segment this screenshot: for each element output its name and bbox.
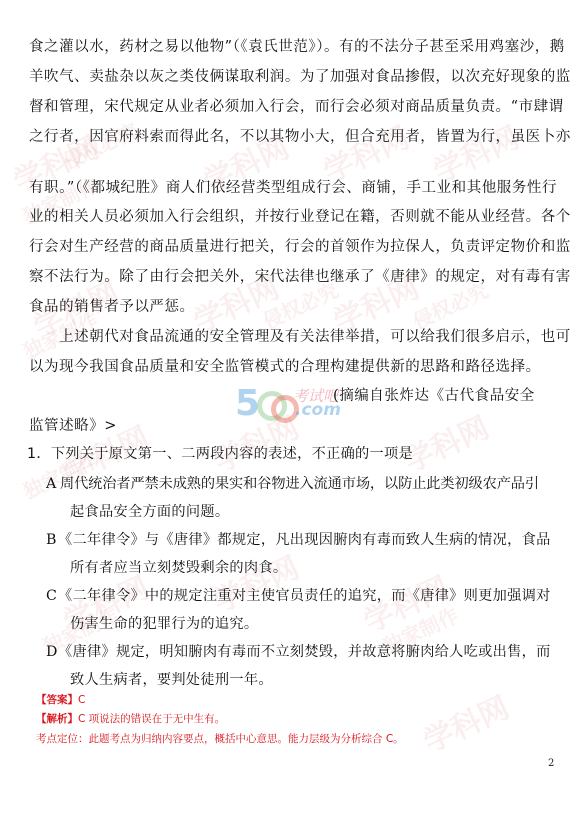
- option-text: 《二年律令》中的规定注重对主使官员责任的追究，而《唐律》则更加强调对: [58, 586, 551, 606]
- site-logo-watermark: 5 考试吧 .com: [235, 383, 345, 428]
- answer-line: 【答案】C: [36, 693, 85, 707]
- option-text: 《唐律》规定，明知腑肉有毒而不立刻焚毁，并故意将腑肉给人吃或出售，而: [58, 642, 551, 662]
- option-label: A: [46, 474, 57, 494]
- passage-line: 以为现今我国食品质量和安全监管模式的合理构建提供新的思路和路径选择。: [29, 357, 541, 377]
- option-label: C: [46, 586, 57, 606]
- answer-value: C: [78, 694, 85, 706]
- watermark-brand: 学科网: [205, 543, 305, 621]
- answer-tag: 【答案】: [36, 694, 78, 706]
- option-text: 《二年律令》与《唐律》都规定，凡出现因腑肉有毒而致人生病的情况，食品: [58, 530, 551, 550]
- passage-line: 行会对生产经营的商品质量进行把关，行会的首领作为拉保人，负责评定物价和监: [29, 237, 571, 257]
- site-logo-number: 5: [235, 383, 260, 424]
- watermark-brand: 学科网: [415, 683, 515, 761]
- passage-line: 业的相关人员必须加入行会组织，并按行业登记在籍，否则就不能从业经营。各个: [29, 207, 571, 227]
- watermark-brand: 学科网: [395, 403, 495, 481]
- passage-line: 上述朝代对食品流通的安全管理及有关法律举措，可以给我们很多启示，也可: [29, 327, 571, 347]
- option-label: D: [46, 642, 58, 662]
- passage-line: 督和管理，宋代规定从业者必须加入行会，而行会必须对商品质量负责。“市肆谓: [29, 97, 564, 117]
- site-logo-circle-icon: [257, 391, 287, 421]
- passage-line: 之行者，因官府料索而得此名，不以其物小大，但合充用者，皆置为行，虽医卜亦: [29, 127, 571, 147]
- option-label: B: [46, 530, 57, 550]
- passage-line: 察不法行为。除了由行会把关外，宋代法律也继承了《唐律》的规定，对有毒有害: [29, 267, 571, 287]
- passage-line: 羊吹气、卖盐杂以灰之类伎俩谋取利润。为了加强对食品掺假，以次充好现象的监: [29, 67, 571, 87]
- source-citation: (摘编自张炸达《古代食品安全: [333, 386, 535, 406]
- watermark-brand: 学科网: [205, 403, 305, 481]
- option-text: 所有者应当立刻焚毁剩余的肉食。: [70, 558, 287, 578]
- analysis-line: 【解析】C 项说法的错误在于无中生有。: [36, 712, 225, 726]
- page-number: 2: [548, 758, 554, 769]
- option-text: 致人生病者，要判处徒刑一年。: [70, 670, 273, 690]
- source-citation: 监管述略》>: [29, 416, 117, 436]
- passage-line: 食之灌以水，药材之易以他物”（《袁氏世范》）。有的不法分子甚至采用鸡塞沙，鹅: [29, 37, 565, 57]
- point-line: 考点定位：此题考点为归纳内容要点，概括中心意思。能力层级为分析综合 C。: [36, 732, 404, 746]
- option-text: 伤害生命的犯罪行为的追究。: [70, 614, 258, 634]
- analysis-text: C 项说法的错误在于无中生有。: [78, 713, 225, 725]
- option-text: 周代统治者严禁未成熟的果实和谷物进入流通市场，以防止此类初级农产品引: [60, 474, 539, 494]
- option-text: 起食品安全方面的问题。: [70, 502, 229, 522]
- passage-line: 有职。”（《都城纪胜》商人们依经营类型组成行会、商铺，手工业和其他服务性行: [29, 178, 557, 198]
- site-logo-circle-icon: [271, 395, 299, 423]
- passage-line: 食品的销售者予以严惩。: [29, 297, 195, 317]
- question-stem: 1．下列关于原文第一、二两段内容的表述，不正确的一项是: [27, 444, 413, 464]
- site-logo-text: 考试吧: [293, 385, 338, 406]
- analysis-tag: 【解析】: [36, 713, 78, 725]
